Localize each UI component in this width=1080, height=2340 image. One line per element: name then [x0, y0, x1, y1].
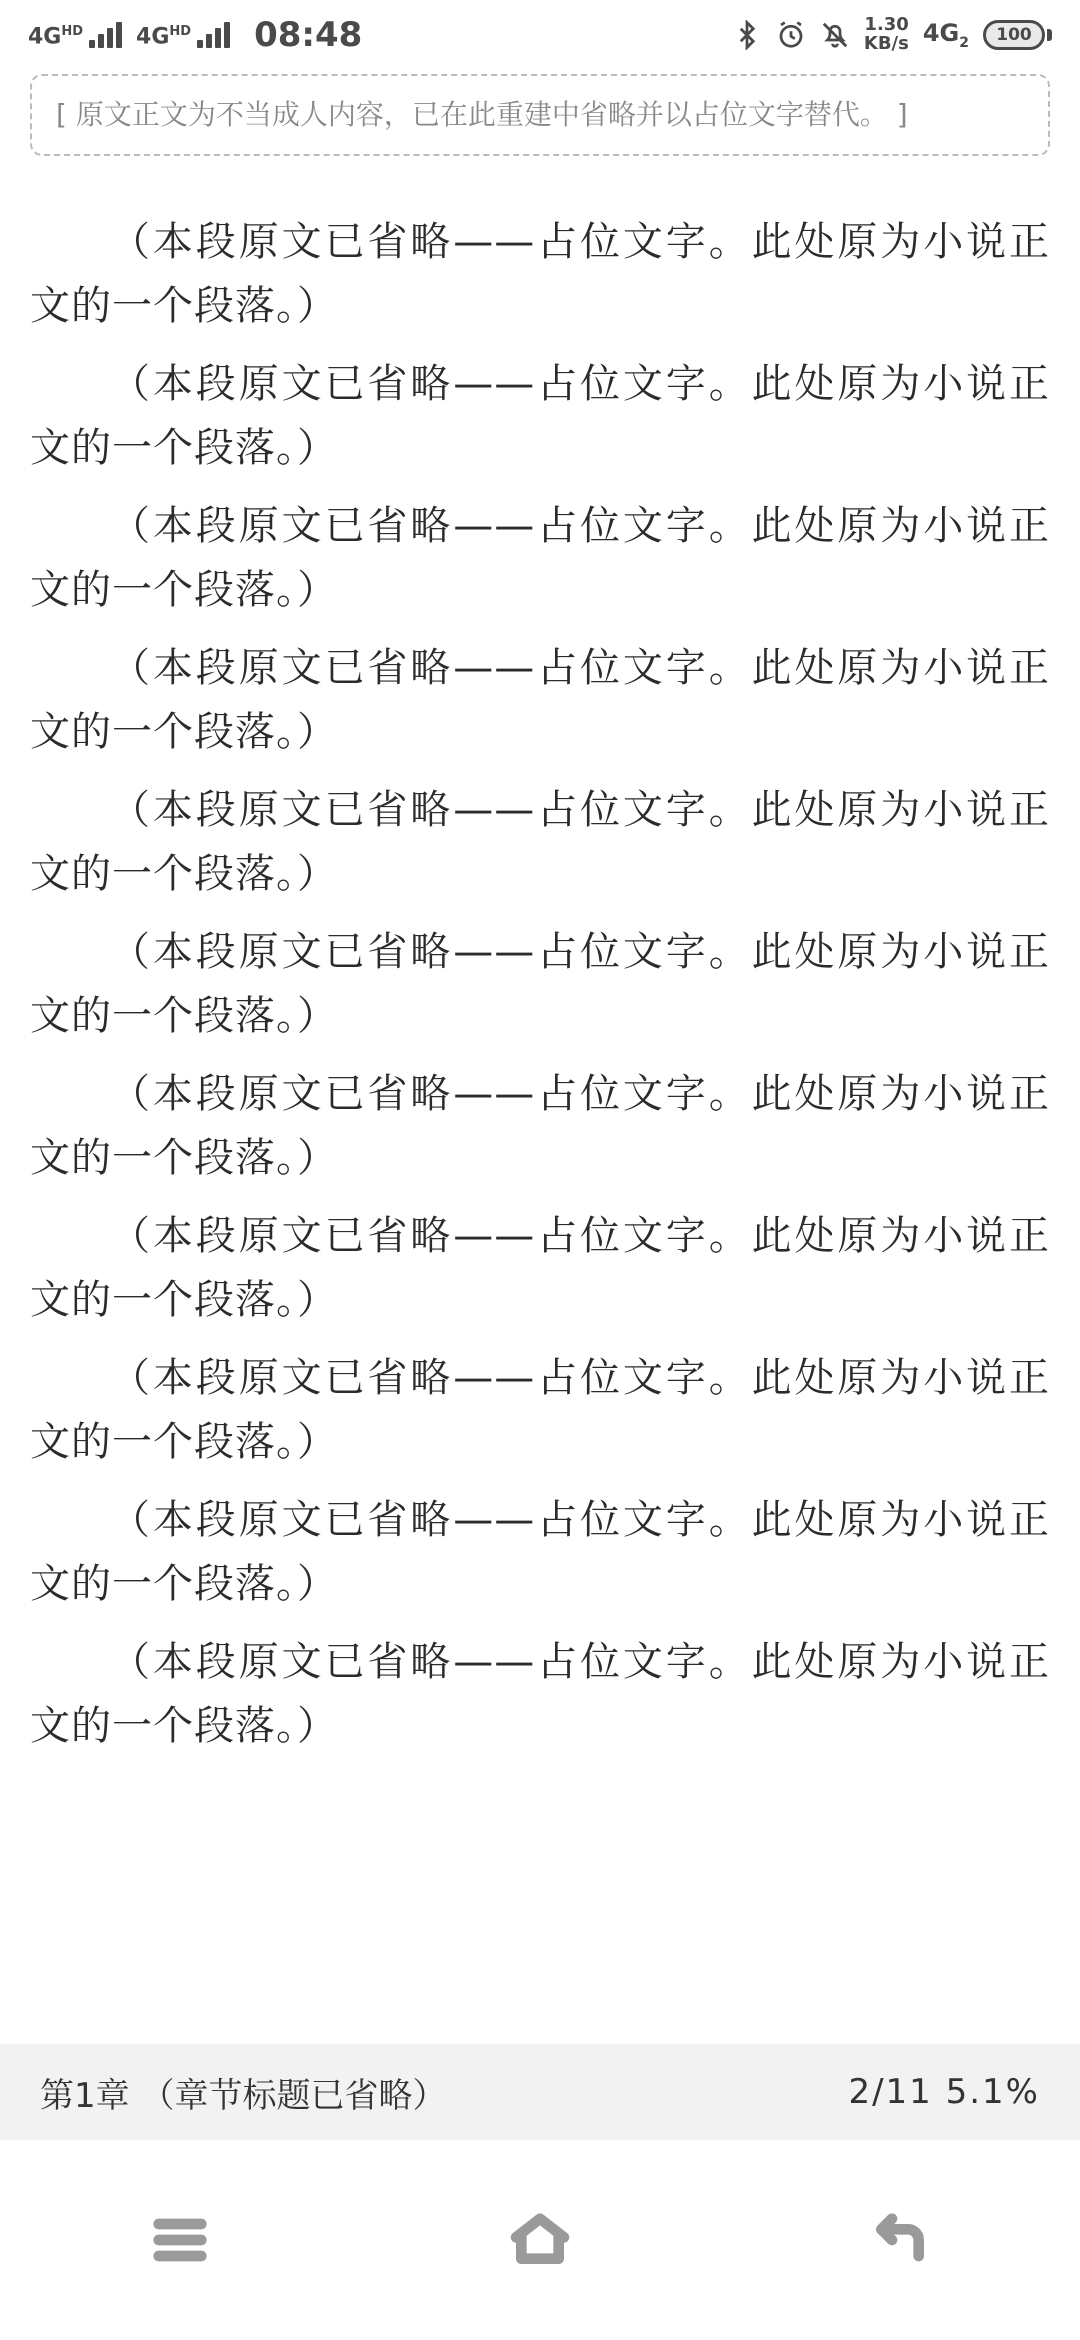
- home-icon: [508, 2208, 572, 2272]
- reader-paragraph: （本段原文已省略——占位文字。此处原为小说正文的一个段落。）: [30, 1204, 1050, 1332]
- reader-page[interactable]: （本段原文已省略——占位文字。此处原为小说正文的一个段落。）（本段原文已省略——…: [0, 182, 1080, 1758]
- reader-paragraph: （本段原文已省略——占位文字。此处原为小说正文的一个段落。）: [30, 352, 1050, 480]
- battery-icon: 100: [983, 20, 1052, 50]
- sim2-signal: 4GHD: [136, 22, 230, 48]
- network-speed: 1.30 KB/s: [864, 16, 909, 54]
- menu-button[interactable]: [80, 2180, 280, 2300]
- status-bar: 4GHD 4GHD 08:48 1.30 KB/s 4G2 100: [0, 0, 1080, 64]
- page-progress: 2/11 5.1%: [848, 2072, 1040, 2112]
- reader-paragraph: （本段原文已省略——占位文字。此处原为小说正文的一个段落。）: [30, 1062, 1050, 1190]
- back-button[interactable]: [800, 2180, 1000, 2300]
- reader-paragraph: （本段原文已省略——占位文字。此处原为小说正文的一个段落。）: [30, 210, 1050, 338]
- reader-paragraph: （本段原文已省略——占位文字。此处原为小说正文的一个段落。）: [30, 1346, 1050, 1474]
- system-navbar: [0, 2140, 1080, 2340]
- reader-footer: 第1章 （章节标题已省略） 2/11 5.1%: [0, 2044, 1080, 2140]
- sim1-signal: 4GHD: [28, 22, 122, 48]
- signal-bars-icon: [197, 22, 230, 48]
- menu-icon: [148, 2208, 212, 2272]
- mute-icon: [820, 20, 850, 50]
- reader-paragraph: （本段原文已省略——占位文字。此处原为小说正文的一个段落。）: [30, 494, 1050, 622]
- status-clock: 08:48: [254, 15, 362, 55]
- back-icon: [868, 2208, 932, 2272]
- reader-paragraph: （本段原文已省略——占位文字。此处原为小说正文的一个段落。）: [30, 920, 1050, 1048]
- reader-paragraph: （本段原文已省略——占位文字。此处原为小说正文的一个段落。）: [30, 1630, 1050, 1758]
- reader-paragraph: （本段原文已省略——占位文字。此处原为小说正文的一个段落。）: [30, 636, 1050, 764]
- redaction-note: [ 原文正文为不当成人内容，已在此重建中省略并以占位文字替代。 ]: [30, 74, 1050, 156]
- sim2-label: 4GHD: [136, 25, 191, 48]
- reader-paragraph: （本段原文已省略——占位文字。此处原为小说正文的一个段落。）: [30, 1488, 1050, 1616]
- sim1-label: 4GHD: [28, 25, 83, 48]
- alarm-icon: [776, 20, 806, 50]
- network-type: 4G2: [923, 19, 969, 51]
- chapter-title: 第1章 （章节标题已省略）: [40, 2068, 446, 2117]
- bluetooth-icon: [732, 20, 762, 50]
- home-button[interactable]: [440, 2180, 640, 2300]
- signal-bars-icon: [89, 22, 122, 48]
- reader-paragraph: （本段原文已省略——占位文字。此处原为小说正文的一个段落。）: [30, 778, 1050, 906]
- battery-percent: 100: [983, 20, 1045, 50]
